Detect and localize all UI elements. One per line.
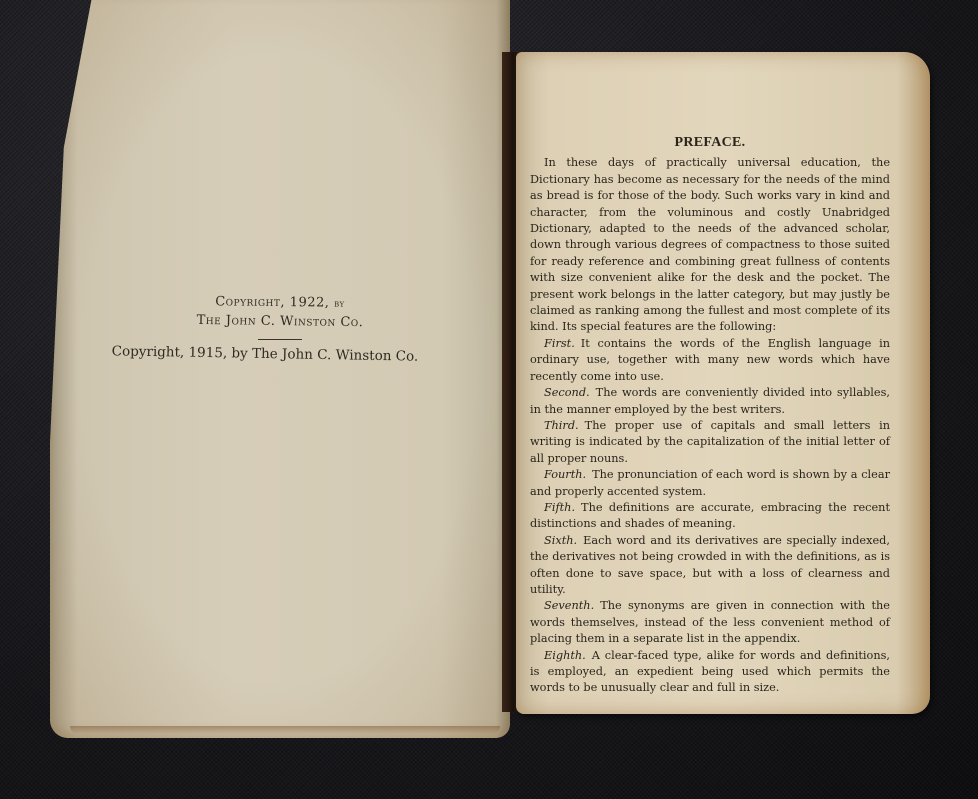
feature-item: Fifth.The definitions are accurate, embr… — [530, 500, 890, 533]
divider-rule — [258, 339, 302, 340]
feature-label: Second. — [544, 386, 590, 399]
feature-item: Fourth.The pronunciation of each word is… — [530, 467, 890, 500]
preface-section: PREFACE. In these days of practically un… — [530, 135, 890, 697]
feature-label: Fifth. — [544, 501, 575, 514]
feature-label: Eighth. — [544, 649, 586, 662]
left-page — [50, 0, 510, 738]
feature-item: Sixth.Each word and its derivatives are … — [530, 533, 890, 599]
feature-item: First.It contains the words of the Engli… — [530, 336, 890, 385]
feature-label: Seventh. — [544, 599, 594, 612]
feature-label: Fourth. — [544, 468, 586, 481]
feature-text: Each word and its derivatives are specia… — [530, 534, 890, 596]
feature-item: Seventh.The synonyms are given in connec… — [530, 598, 890, 647]
feature-item: Third.The proper use of capitals and sma… — [530, 418, 890, 467]
copyright-notice: Copyright, 1922, by The John C. Winston … — [90, 295, 470, 362]
feature-item: Second.The words are conveniently divide… — [530, 385, 890, 418]
copyright-by-text: by — [334, 299, 345, 310]
feature-text: The proper use of capitals and small let… — [530, 419, 890, 465]
preface-title: PREFACE. — [530, 135, 890, 151]
left-page-edge-stain — [70, 726, 500, 734]
feature-label: Sixth. — [544, 534, 577, 547]
feature-item: Eighth.A clear-faced type, alike for wor… — [530, 648, 890, 697]
feature-label: Third. — [544, 419, 579, 432]
publisher-line: The John C. Winston Co. — [90, 311, 470, 331]
feature-label: First. — [544, 337, 575, 350]
copyright-1922-line: Copyright, 1922, by — [90, 293, 470, 312]
feature-text: The definitions are accurate, embracing … — [530, 501, 890, 530]
copyright-1922-text: Copyright, 1922, — [215, 294, 329, 310]
feature-text: It contains the words of the English lan… — [530, 337, 890, 383]
preface-intro: In these days of practically universal e… — [530, 155, 890, 335]
